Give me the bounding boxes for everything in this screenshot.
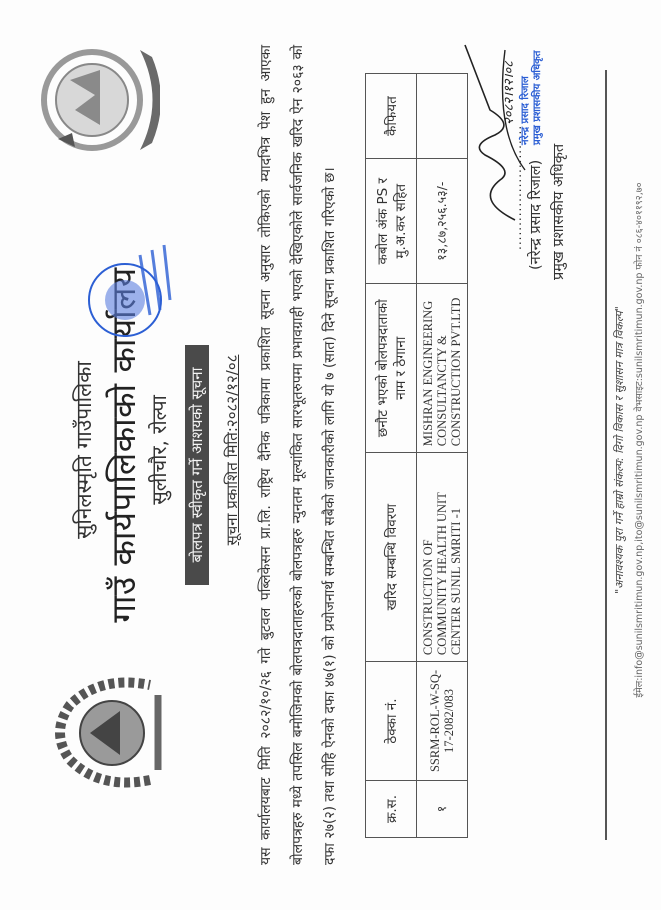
notice-banner: बोलपत्र स्वीकृत गर्ने आशयको सूचना (185, 345, 209, 585)
cell-serial: १ (417, 780, 468, 837)
office-stamp-icon (80, 235, 180, 345)
header-remarks: कैफियत (366, 74, 417, 159)
notice-page: सुनिलस्मृति गाउँपालिका गाउँ कार्यपालिकाक… (0, 0, 661, 910)
footer-divider (605, 70, 607, 840)
header-serial: क्र.स. (366, 780, 417, 837)
header-contract-no: ठेक्का नं. (366, 662, 417, 781)
nepal-emblem-icon (40, 665, 165, 800)
signer-stamp-line2: प्रमुख प्रशासकीय अधिकृत (532, 15, 544, 145)
office-address: सुलीचौर, रोल्पा (145, 320, 172, 580)
scanned-document-canvas: सुनिलस्मृति गाउँपालिका गाउँ कार्यपालिकाक… (0, 0, 661, 910)
header-selected-bidder: छनौट भएको बोलपत्रदाताको नाम र ठेगाना (366, 284, 417, 453)
notice-paragraph: यस कार्यालयबाट मिति २०८२/१०/२६ गते बुटवल… (250, 45, 346, 865)
signer-title: प्रमुख प्रशासकीय अधिकृत (548, 40, 568, 280)
municipality-seal-icon (30, 35, 160, 165)
municipality-name: सुनिलस्मृति गाउँपालिका (70, 320, 98, 580)
cell-contract-no: SSRM-ROL-W-SQ-17-2082/083 (417, 662, 468, 781)
notice-body: यस कार्यालयबाट मिति २०८२/१०/२६ गते बुटवल… (250, 45, 346, 865)
signer-stamp-line1: नरेन्द्र प्रसाद रिजाल (520, 15, 532, 145)
cell-selected-bidder: MISHRAN ENGINEERING CONSULTANCTY & CONST… (417, 284, 468, 453)
table-header-row: क्र.स. ठेक्का नं. खरिद सम्बन्धि विवरण छन… (366, 74, 417, 838)
selected-bidder-table: क्र.स. ठेक्का नं. खरिद सम्बन्धि विवरण छन… (365, 73, 468, 838)
signature-line: .......................... (510, 130, 524, 250)
footer-contact: ईमेल:info@sunilsmritimun.gov.np,ito@suni… (632, 80, 645, 800)
publish-date: सूचना प्रकाशित मिति:२०८२/१२/०८ (222, 320, 242, 580)
handwritten-date: २०८२।१२।०८ (502, 60, 517, 125)
cell-procurement-details: CONSTRUCTION OF COMMUNITY HEALTH UNIT CE… (417, 453, 468, 662)
header-bid-amount: कबोल अंक PS र मु.अ.कर सहित (366, 159, 417, 284)
signer-blue-stamp: नरेन्द्र प्रसाद रिजाल प्रमुख प्रशासकीय अ… (520, 15, 544, 145)
footer-slogan: "अनावश्यक पुरा गर्ने हाम्रो संकल्प: दिगो… (612, 190, 627, 710)
header-procurement-details: खरिद सम्बन्धि विवरण (366, 453, 417, 662)
